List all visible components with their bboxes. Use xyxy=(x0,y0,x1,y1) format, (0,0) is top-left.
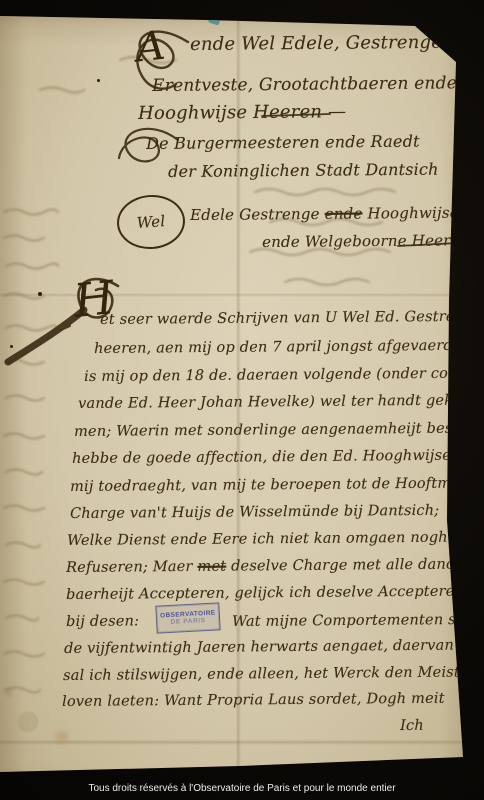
body-line: is mij op den 18 de. daeraen volgende (o… xyxy=(84,365,484,385)
body-line: Charge van't Huijs de Wisselmünde bij Da… xyxy=(70,503,439,522)
tape-remnant xyxy=(208,14,221,26)
heading-line-3: Hooghwijse Heeren — xyxy=(138,101,346,124)
circled-word-text: Wel xyxy=(136,212,166,232)
body-line: hebbe de goede affection, die den Ed. Ho… xyxy=(72,447,484,467)
copyright-caption: Tous droits réservés à l'Observatoire de… xyxy=(0,783,484,794)
body-line: baerheijt Accepteren, gelijck ich deselv… xyxy=(66,584,455,603)
address-line-1: De Burgermeesteren ende Raedt xyxy=(146,132,420,153)
manuscript-photo: A ende Wel Edele, Gestrenge Erentveste, … xyxy=(0,0,484,800)
salutation-part2: Hooghwijse xyxy=(367,204,458,223)
body-line-bijdesen-after: Wat mijne Comportementen sedert xyxy=(232,612,484,630)
ink-dot xyxy=(38,292,42,296)
body-line-refuseren: Refuseren; Maer met deselve Charge met a… xyxy=(66,556,468,576)
body-line: sal ich stilswijgen, ende alleen, het We… xyxy=(63,664,476,684)
paper-sheet: A ende Wel Edele, Gestrenge Erentveste, … xyxy=(0,0,484,800)
salutation-struck-word: ende xyxy=(325,204,363,222)
salutation-line-2: ende Welgeboorne Heeren — xyxy=(262,231,484,251)
observatoire-stamp: OBSERVATOIRE DE PARIS xyxy=(155,602,220,633)
body-line: Welke Dienst ende Eere ich niet kan omga… xyxy=(67,530,463,549)
ink-dot xyxy=(10,345,13,348)
heading-line-2: Erentveste, Grootachtbaeren ende xyxy=(152,73,457,96)
body-line: et seer waerde Schrijven van U Wel Ed. G… xyxy=(100,309,483,328)
body-line: mij toedraeght, van mij te beroepen tot … xyxy=(70,475,477,495)
stamp-line-2: DE PARIS xyxy=(171,617,206,626)
refuseren-struck-word: met xyxy=(197,559,226,575)
heading-initial: A xyxy=(134,23,168,72)
salutation-line-1: Edele Gestrenge ende Hooghwijse xyxy=(190,204,459,224)
salutation-part1: Edele Gestrenge xyxy=(190,205,320,224)
body-line-bijdesen-before: bij desen: xyxy=(66,613,139,630)
refuseren-before: Refuseren; Maer xyxy=(66,559,198,576)
body-line: vande Ed. Heer Johan Hevelke) wel ter ha… xyxy=(78,393,467,412)
body-line: heeren, aen mij op den 7 april jongst af… xyxy=(94,338,483,357)
body-line: de vijfentwintigh Jaeren herwarts aengae… xyxy=(64,638,454,657)
refuseren-after: deselve Charge met alle danck- xyxy=(226,556,468,574)
address-line-2: der Koninglichen Stadt Dantsich xyxy=(168,160,439,181)
catchword: Ich xyxy=(400,718,424,734)
body-line: loven laeten: Want Propria Laus sordet, … xyxy=(62,691,445,710)
circled-word: Wel xyxy=(115,193,187,252)
body-line: men; Waerin met sonderlinge aengenaemhei… xyxy=(74,420,484,440)
ink-dot xyxy=(97,79,100,82)
heading-line-1: ende Wel Edele, Gestrenge xyxy=(190,32,442,55)
